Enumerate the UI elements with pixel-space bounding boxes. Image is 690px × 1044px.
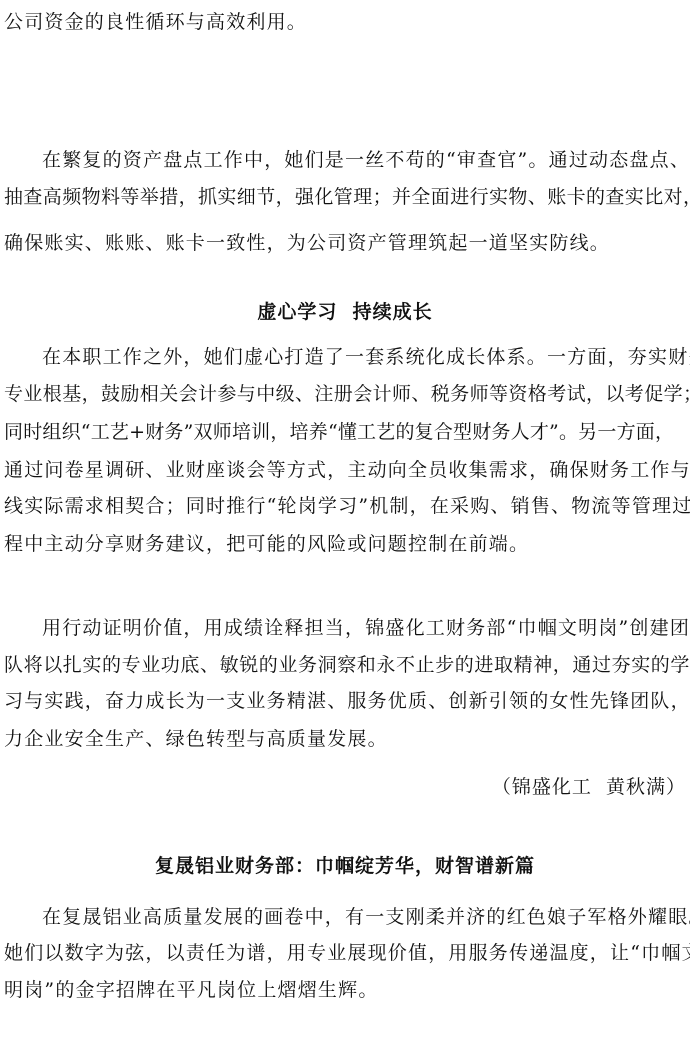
text-line: 她们以数字为弦，以责任为谱，用专业展现价值，用服务传递温度，让“巾帼文 [4, 942, 688, 964]
text-line: 同时组织“工艺+财务”双师培训，培养“懂工艺的复合型财务人才”。另一方面， [4, 421, 688, 443]
author-signature: （锦盛化工 黄秋满） [492, 776, 686, 798]
text-line: 在复晟铝业高质量发展的画卷中，有一支刚柔并济的红色娘子军格外耀眼。 [42, 906, 688, 928]
text-line: 队将以扎实的专业功底、敏锐的业务洞察和永不止步的进取精神，通过夯实的学 [4, 654, 688, 676]
text-line: 通过问卷星调研、业财座谈会等方式，主动向全员收集需求，确保财务工作与前 [4, 459, 688, 481]
text-line: 专业根基，鼓励相关会计参与中级、注册会计师、税务师等资格考试，以考促学； [4, 383, 688, 405]
text-line: 程中主动分享财务建议，把可能的风险或问题控制在前端。 [4, 533, 688, 555]
section-heading: 复晟铝业财务部：巾帼绽芳华，财智谱新篇 [0, 855, 690, 877]
text-line: 习与实践，奋力成长为一支业务精湛、服务优质、创新引领的女性先锋团队，助 [4, 690, 688, 712]
text-line: 用行动证明价值，用成绩诠释担当，锦盛化工财务部“巾帼文明岗”创建团 [42, 617, 688, 639]
section-heading: 虚心学习 持续成长 [0, 301, 690, 323]
text-line: 在繁复的资产盘点工作中，她们是一丝不苟的“审查官”。通过动态盘点、 [42, 149, 688, 171]
text-line: 线实际需求相契合；同时推行“轮岗学习”机制，在采购、销售、物流等管理过 [4, 495, 688, 517]
text-line: 确保账实、账账、账卡一致性，为公司资产管理筑起一道坚实防线。 [4, 232, 688, 254]
text-line: 公司资金的良性循环与高效利用。 [4, 11, 688, 33]
text-line: 抽查高频物料等举措，抓实细节，强化管理；并全面进行实物、账卡的查实比对， [4, 186, 688, 208]
text-line: 力企业安全生产、绿色转型与高质量发展。 [4, 728, 688, 750]
text-line: 在本职工作之外，她们虚心打造了一套系统化成长体系。一方面，夯实财务 [42, 346, 688, 368]
text-line: 明岗”的金字招牌在平凡岗位上熠熠生辉。 [4, 979, 688, 1001]
